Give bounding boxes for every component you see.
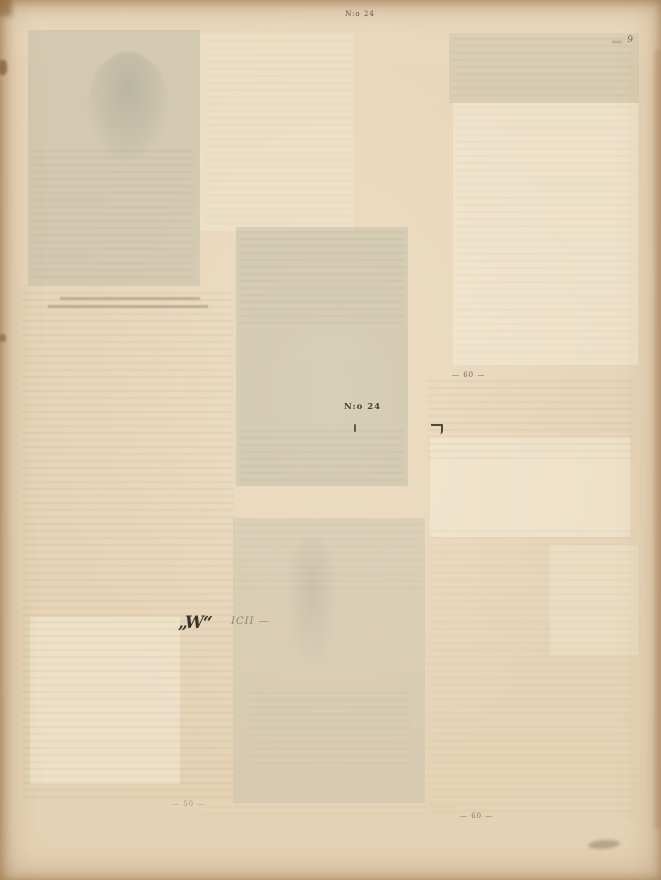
ghost-text-right-column <box>456 106 634 360</box>
page-number-bottom-right: — 60 — <box>460 813 493 820</box>
tick-mark <box>354 424 356 432</box>
faded-heading-line <box>48 305 208 308</box>
scan-shadow-right-edge <box>655 50 660 830</box>
scan-smudge-left-edge-low <box>0 334 6 342</box>
clipping-block-top-middle <box>200 33 353 231</box>
scan-smudge-top-left-corner <box>0 0 12 16</box>
ghost-ornament-shape <box>286 538 338 666</box>
edge-dash-mark <box>612 41 622 43</box>
clipping-block-right-tall <box>453 103 638 365</box>
ghost-text-bottom-strip <box>200 806 460 818</box>
ghost-text-right-lower <box>428 530 636 818</box>
edge-pencil-mark: 9 <box>626 36 633 46</box>
scan-smudge-bottom-right <box>588 839 621 850</box>
quote-initial-letter: „W“ <box>178 615 212 632</box>
clipping-block-middle <box>236 227 408 486</box>
issue-number-middle: N:o 24 <box>344 403 381 412</box>
clipping-block-middle-right <box>430 437 630 537</box>
ghost-text-middle-upper <box>240 231 404 327</box>
scanned-document-page: N:o 24 9 — 60 — N:o 24 „W“ ICII — — 50 —… <box>0 0 661 880</box>
faded-heading-line <box>60 297 200 300</box>
ghost-text-right-middle <box>428 380 634 462</box>
ghost-text-middle-lower <box>240 430 404 484</box>
issue-number-header: N:o 24 <box>338 11 382 18</box>
ghost-text-lower-middle-b <box>250 692 410 770</box>
page-number-bottom-left: — 50 — <box>172 801 205 808</box>
quote-text-fragment: ICII — <box>231 617 270 627</box>
ghost-text-top-middle <box>206 40 352 226</box>
scan-smudge-left-edge <box>0 60 7 75</box>
ghost-text-top-left <box>34 150 194 282</box>
ghost-portrait-shape <box>88 52 168 160</box>
ghost-text-top-right <box>452 38 634 100</box>
clipping-block-bottom-left <box>30 617 180 784</box>
ghost-text-left-column <box>22 292 234 802</box>
clipping-block-right-patch <box>550 545 638 655</box>
page-number-mid-right: — 60 — <box>452 372 485 379</box>
corner-bracket-mark <box>431 424 443 434</box>
clipping-block-top-right <box>449 33 639 103</box>
